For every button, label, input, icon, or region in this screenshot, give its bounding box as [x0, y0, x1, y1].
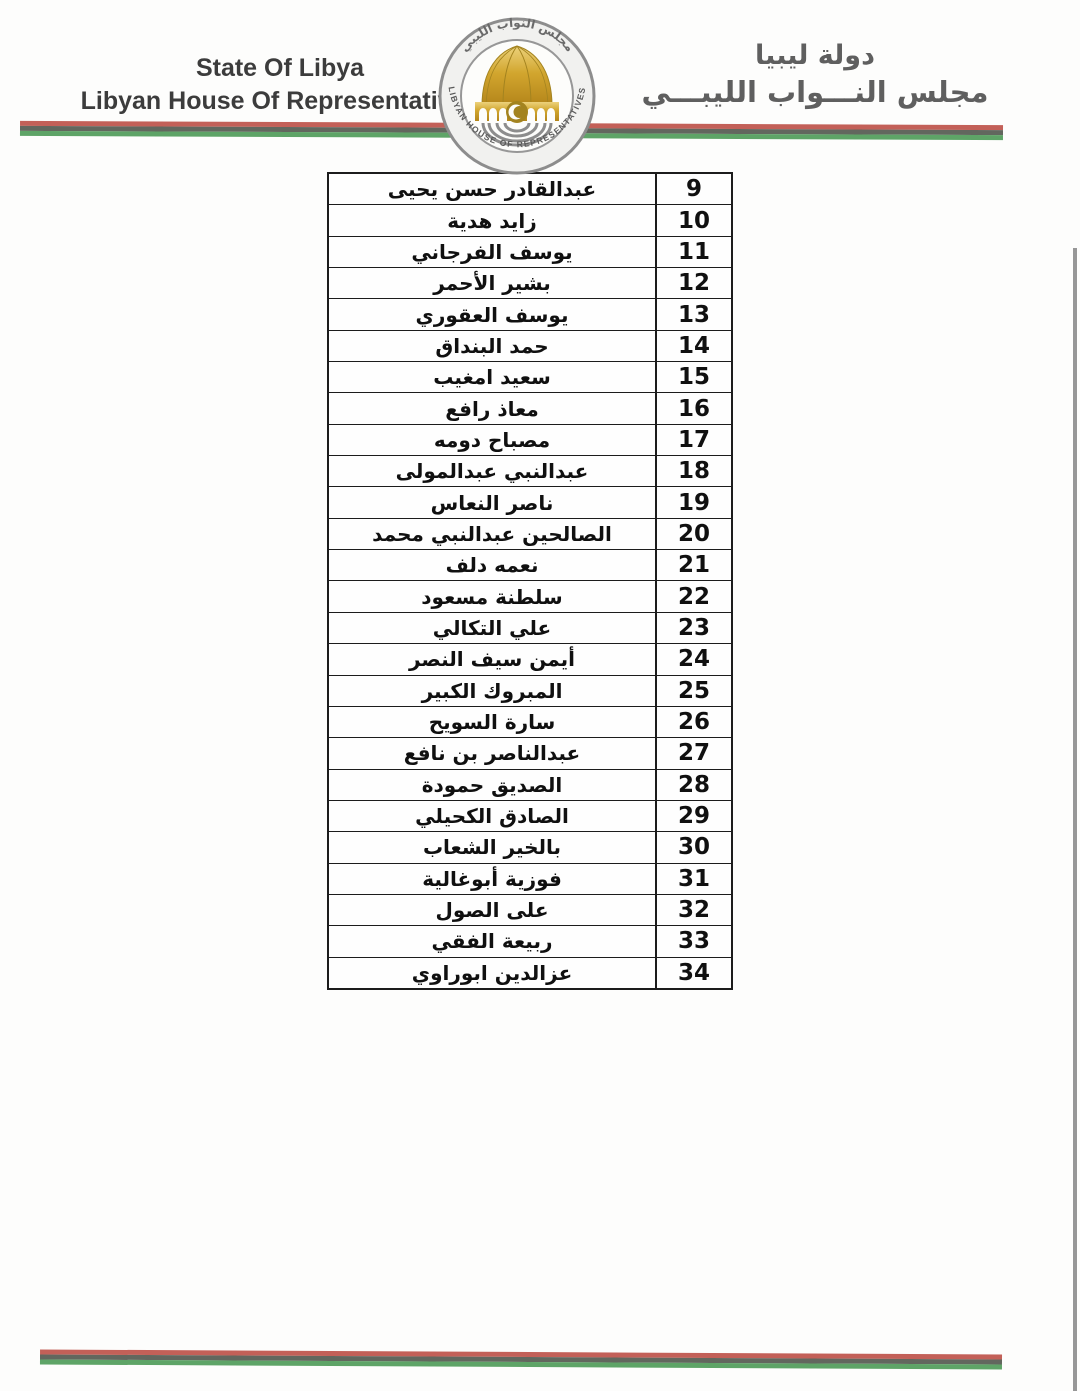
- table-row: أيمن سيف النصر24: [329, 644, 731, 675]
- table-row: حمد البنداق14: [329, 331, 731, 362]
- table-row: زايد هدية10: [329, 205, 731, 236]
- member-name-cell: المبروك الكبير: [329, 676, 657, 706]
- member-name-cell: الصديق حمودة: [329, 770, 657, 800]
- member-number-cell: 30: [657, 832, 731, 862]
- member-number-cell: 12: [657, 268, 731, 298]
- member-number-cell: 24: [657, 644, 731, 674]
- table-row: سارة السويح26: [329, 707, 731, 738]
- member-name-cell: يوسف الفرجاني: [329, 237, 657, 267]
- members-table: عبدالقادر حسن يحيى9زايد هدية10يوسف الفرج…: [327, 172, 733, 990]
- member-number-cell: 26: [657, 707, 731, 737]
- member-number-cell: 18: [657, 456, 731, 486]
- member-number-cell: 14: [657, 331, 731, 361]
- member-number-cell: 10: [657, 205, 731, 235]
- member-number-cell: 31: [657, 864, 731, 894]
- member-number-cell: 13: [657, 299, 731, 329]
- member-name-cell: سارة السويح: [329, 707, 657, 737]
- table-row: معاذ رافع16: [329, 393, 731, 424]
- member-number-cell: 28: [657, 770, 731, 800]
- table-row: عبدالنبي عبدالمولى18: [329, 456, 731, 487]
- table-row: مصباح دومه17: [329, 425, 731, 456]
- member-name-cell: ناصر النعاس: [329, 487, 657, 517]
- member-name-cell: الصادق الكحيلي: [329, 801, 657, 831]
- member-number-cell: 11: [657, 237, 731, 267]
- member-number-cell: 23: [657, 613, 731, 643]
- member-number-cell: 29: [657, 801, 731, 831]
- member-name-cell: زايد هدية: [329, 205, 657, 235]
- member-number-cell: 33: [657, 926, 731, 956]
- member-number-cell: 27: [657, 738, 731, 768]
- table-row: يوسف العقوري13: [329, 299, 731, 330]
- parliament-emblem-graphic: مجلس النواب الليبي LIBYAN HOUSE OF REPRE…: [437, 16, 597, 176]
- member-name-cell: بشير الأحمر: [329, 268, 657, 298]
- table-row: عزالدين ابوراوي34: [329, 958, 731, 988]
- member-name-cell: مصباح دومه: [329, 425, 657, 455]
- table-row: الصالحين عبدالنبي محمد20: [329, 519, 731, 550]
- table-row: بشير الأحمر12: [329, 268, 731, 299]
- member-name-cell: أيمن سيف النصر: [329, 644, 657, 674]
- member-number-cell: 16: [657, 393, 731, 423]
- member-number-cell: 9: [657, 174, 731, 204]
- member-number-cell: 21: [657, 550, 731, 580]
- member-name-cell: الصالحين عبدالنبي محمد: [329, 519, 657, 549]
- scan-edge-artifact: [1073, 248, 1077, 1391]
- member-name-cell: عبدالنبي عبدالمولى: [329, 456, 657, 486]
- member-number-cell: 22: [657, 581, 731, 611]
- table-row: ربيعة الفقي33: [329, 926, 731, 957]
- member-name-cell: ربيعة الفقي: [329, 926, 657, 956]
- flag-stripe-bottom: [40, 1349, 1002, 1369]
- table-row: فوزية أبوغالية31: [329, 864, 731, 895]
- table-row: بالخير الشعاب30: [329, 832, 731, 863]
- member-name-cell: عزالدين ابوراوي: [329, 958, 657, 988]
- member-name-cell: علي التكالي: [329, 613, 657, 643]
- header-arabic: دولة ليبيا مجلس النـــواب الليبـــي: [635, 40, 995, 109]
- table-row: عبدالناصر بن نافع27: [329, 738, 731, 769]
- table-row: على الصول32: [329, 895, 731, 926]
- member-number-cell: 34: [657, 958, 731, 988]
- table-row: الصديق حمودة28: [329, 770, 731, 801]
- member-name-cell: يوسف العقوري: [329, 299, 657, 329]
- member-name-cell: حمد البنداق: [329, 331, 657, 361]
- house-title-arabic: مجلس النـــواب الليبـــي: [635, 75, 995, 109]
- member-name-cell: عبدالقادر حسن يحيى: [329, 174, 657, 204]
- member-name-cell: معاذ رافع: [329, 393, 657, 423]
- member-name-cell: نعمه دلف: [329, 550, 657, 580]
- table-row: ناصر النعاس19: [329, 487, 731, 518]
- member-name-cell: سلطنة مسعود: [329, 581, 657, 611]
- state-title-arabic: دولة ليبيا: [635, 40, 995, 71]
- table-row: الصادق الكحيلي29: [329, 801, 731, 832]
- member-number-cell: 17: [657, 425, 731, 455]
- member-name-cell: على الصول: [329, 895, 657, 925]
- member-number-cell: 15: [657, 362, 731, 392]
- table-row: سعيد امغيب15: [329, 362, 731, 393]
- table-row: نعمه دلف21: [329, 550, 731, 581]
- table-row: عبدالقادر حسن يحيى9: [329, 174, 731, 205]
- parliament-emblem: مجلس النواب الليبي LIBYAN HOUSE OF REPRE…: [437, 16, 597, 176]
- table-row: علي التكالي23: [329, 613, 731, 644]
- member-number-cell: 25: [657, 676, 731, 706]
- table-row: المبروك الكبير25: [329, 676, 731, 707]
- member-number-cell: 19: [657, 487, 731, 517]
- table-row: يوسف الفرجاني11: [329, 237, 731, 268]
- member-name-cell: عبدالناصر بن نافع: [329, 738, 657, 768]
- member-number-cell: 20: [657, 519, 731, 549]
- member-name-cell: بالخير الشعاب: [329, 832, 657, 862]
- member-name-cell: فوزية أبوغالية: [329, 864, 657, 894]
- member-number-cell: 32: [657, 895, 731, 925]
- document-page: State Of Libya Libyan House Of Represent…: [0, 0, 1080, 1391]
- member-name-cell: سعيد امغيب: [329, 362, 657, 392]
- table-row: سلطنة مسعود22: [329, 581, 731, 612]
